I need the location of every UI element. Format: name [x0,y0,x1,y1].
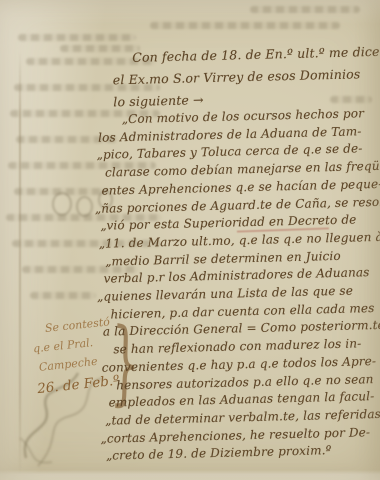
letter-opening: Con fecha de 18. de En.º ult.º me dice e… [86,41,380,114]
letter-body: „Con motivo de los ocursos hechos por lo… [88,105,380,466]
showthrough-line [250,6,360,13]
showthrough-loop [52,192,72,216]
showthrough-line [150,22,340,29]
page-bottom-edge [0,470,380,480]
showthrough-line [18,34,136,41]
showthrough-line [30,292,96,299]
manuscript-page: Se contestó q.e el Pral. Campeche 26. de… [0,0,380,480]
manuscript-text: Con fecha de 18. de En.º ult.º me dice e… [86,41,380,466]
